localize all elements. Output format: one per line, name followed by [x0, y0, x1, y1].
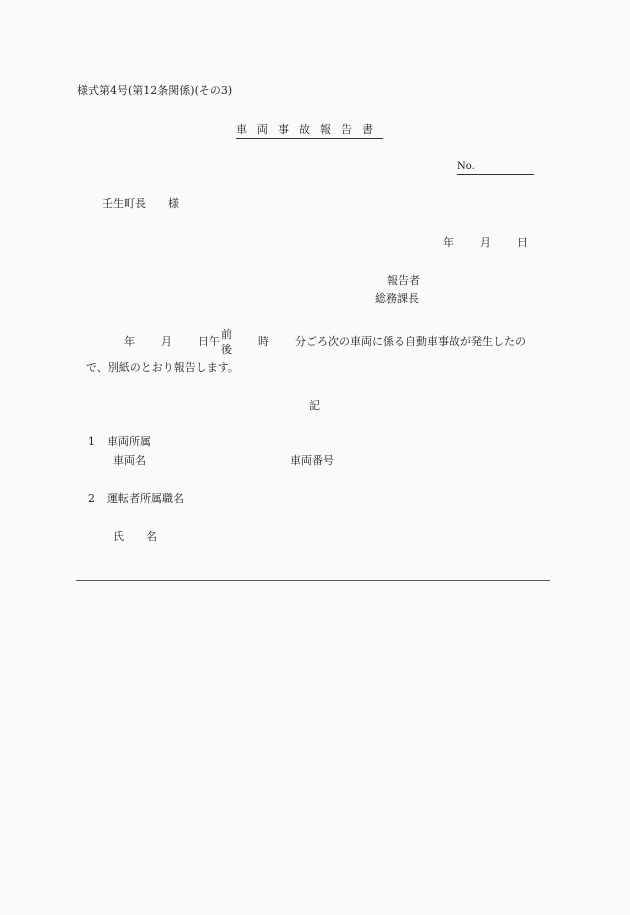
reporter-label: 報告者: [387, 275, 420, 286]
reporter-title: 総務課長: [375, 293, 419, 304]
date-day: 日: [517, 237, 528, 248]
item-driver-position: 2運転者所属職名: [88, 493, 184, 504]
pm-label: 後: [221, 342, 232, 357]
vehicle-number-label: 車両番号: [290, 455, 334, 466]
addressee-name: 壬生町長: [102, 197, 146, 210]
honorific: 様: [168, 197, 179, 210]
item-vehicle-affiliation: 1車両所属: [88, 436, 151, 447]
body-year: 年: [124, 335, 135, 348]
body-text-line1: 年月日午時分ごろ次の車両に係る自動車事故が発生したの: [124, 336, 526, 347]
body-hour: 時: [258, 335, 269, 348]
number-label: No.: [457, 161, 475, 172]
item-number: 1: [88, 436, 107, 447]
ki-heading: 記: [309, 400, 320, 411]
item-label: 車両所属: [107, 435, 151, 448]
vehicle-name-label: 車両名: [113, 455, 146, 466]
body-text-line2: で、別紙のとおり報告します。: [86, 362, 239, 373]
body-day-noon: 日午: [198, 335, 220, 348]
driver-name-label: 氏 名: [113, 531, 157, 542]
number-field[interactable]: No.: [457, 162, 534, 175]
body-text1: 分ごろ次の車両に係る自動車事故が発生したの: [295, 335, 526, 348]
divider-line: [76, 580, 550, 581]
addressee: 壬生町長様: [102, 198, 179, 209]
report-date: 年月日: [443, 237, 528, 248]
item-number: 2: [88, 493, 107, 504]
date-month: 月: [480, 237, 491, 248]
am-pm-selector: 前 後: [221, 327, 232, 358]
am-label: 前: [221, 327, 232, 342]
form-id: 様式第4号(第12条関係)(その3): [77, 85, 232, 96]
item-label: 運転者所属職名: [107, 492, 184, 505]
date-year: 年: [443, 237, 454, 248]
document-title: 車両事故報告書: [236, 124, 383, 139]
body-month: 月: [161, 335, 172, 348]
